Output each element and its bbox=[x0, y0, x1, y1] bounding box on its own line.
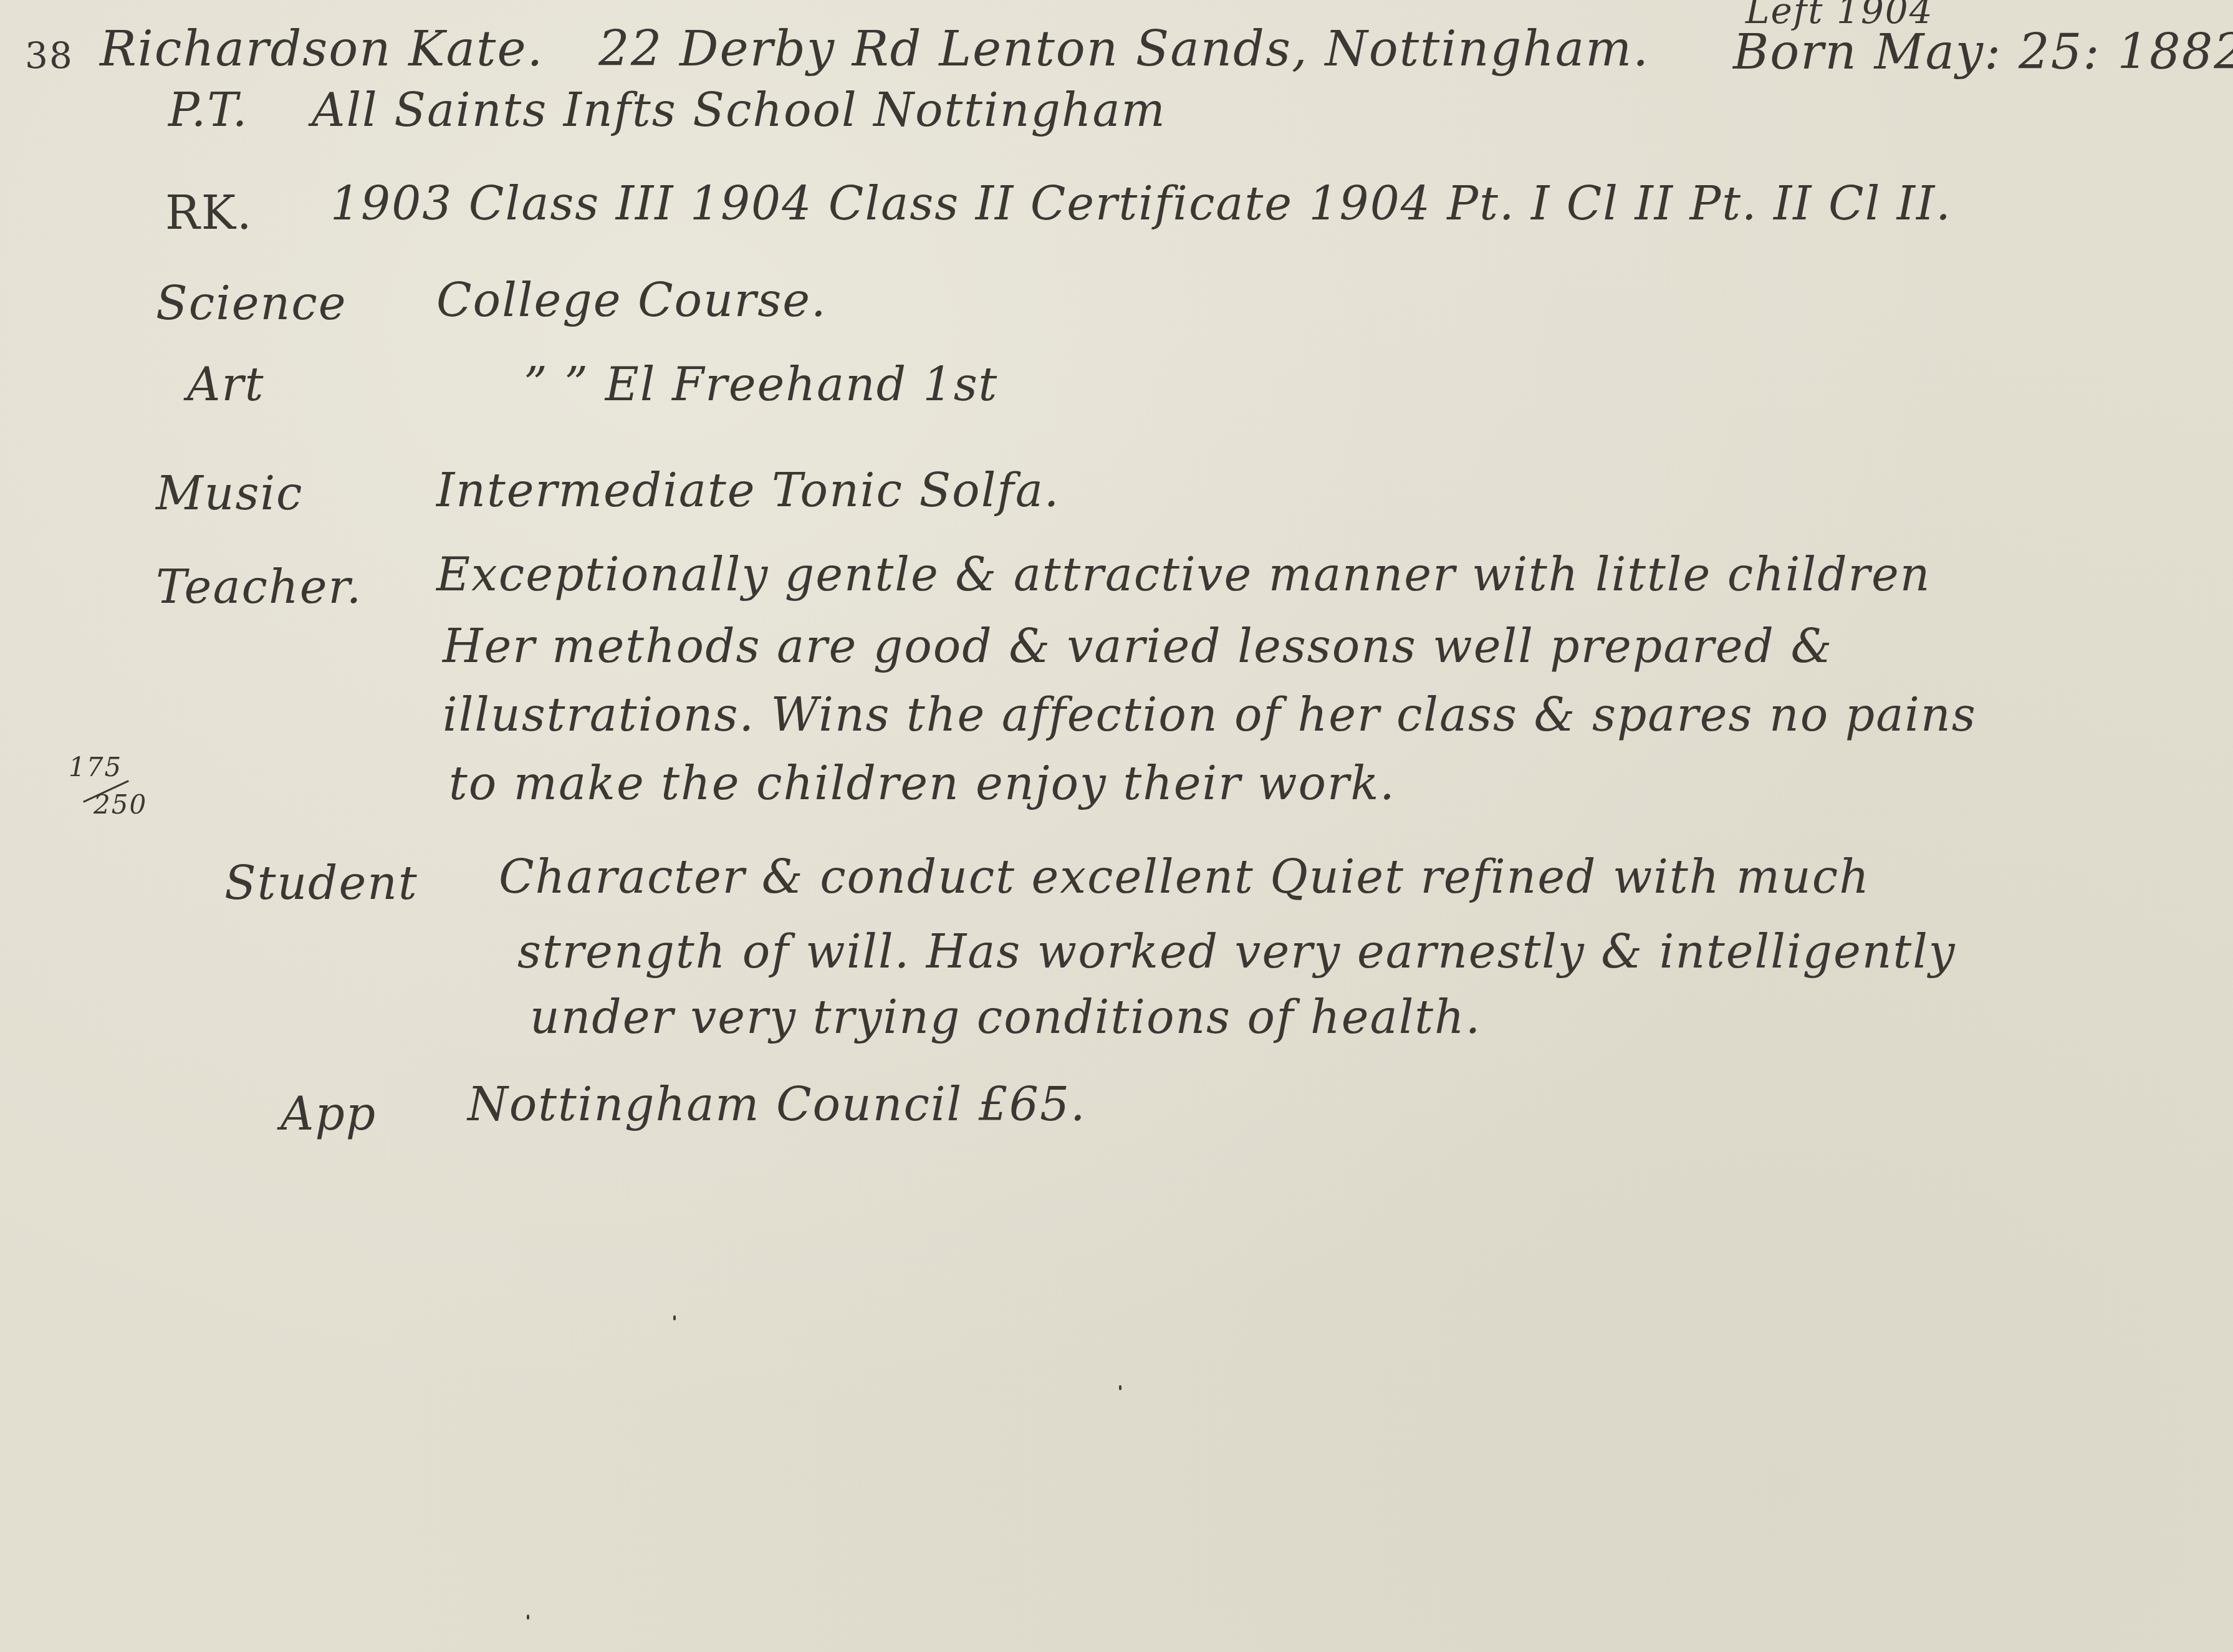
app-value: Nottingham Council £65. bbox=[468, 1082, 1087, 1128]
register-page: 38 Richardson Kate. 22 Derby Rd Lenton S… bbox=[0, 0, 2233, 1652]
student-name: Richardson Kate. bbox=[100, 25, 544, 74]
art-label: Art bbox=[187, 362, 265, 408]
teacher-line-2: Her methods are good & varied lessons we… bbox=[443, 623, 1833, 670]
teacher-mark-numerator: 175 bbox=[69, 754, 122, 780]
student-line-2: strength of will. Has worked very earnes… bbox=[517, 929, 1956, 975]
student-line-3: under very trying conditions of health. bbox=[530, 994, 1481, 1040]
paper-speck bbox=[1119, 1385, 1121, 1390]
birth-date: Born May: 25: 1882. bbox=[1733, 28, 2233, 77]
music-label: Music bbox=[156, 471, 304, 517]
pt-value: All Saints Infts School Nottingham bbox=[312, 87, 1166, 133]
paper-speck bbox=[673, 1315, 676, 1320]
entry-number: 38 bbox=[25, 37, 74, 74]
teacher-mark: 175 250 bbox=[62, 754, 175, 842]
rk-value: 1903 Class III 1904 Class II Certificate… bbox=[330, 181, 1952, 227]
rk-label: RK. bbox=[165, 190, 253, 236]
pt-label: P.T. bbox=[168, 87, 248, 133]
teacher-line-1: Exceptionally gentle & attractive manner… bbox=[436, 552, 1931, 598]
teacher-line-4: to make the children enjoy their work. bbox=[449, 761, 1396, 807]
science-value: College Course. bbox=[436, 277, 827, 324]
student-address: 22 Derby Rd Lenton Sands, Nottingham. bbox=[598, 25, 1650, 74]
student-line-1: Character & conduct excellent Quiet refi… bbox=[499, 854, 1870, 900]
music-value: Intermediate Tonic Solfa. bbox=[436, 468, 1060, 514]
teacher-label: Teacher. bbox=[156, 564, 362, 610]
teacher-line-3: illustrations. Wins the affection of her… bbox=[443, 692, 1977, 738]
paper-speck bbox=[527, 1615, 529, 1620]
student-label: Student bbox=[224, 860, 418, 906]
app-label: App bbox=[281, 1091, 377, 1137]
teacher-mark-denominator: 250 bbox=[94, 792, 147, 818]
art-value: ” ” El Freehand 1st bbox=[524, 362, 998, 408]
science-label: Science bbox=[156, 281, 347, 327]
